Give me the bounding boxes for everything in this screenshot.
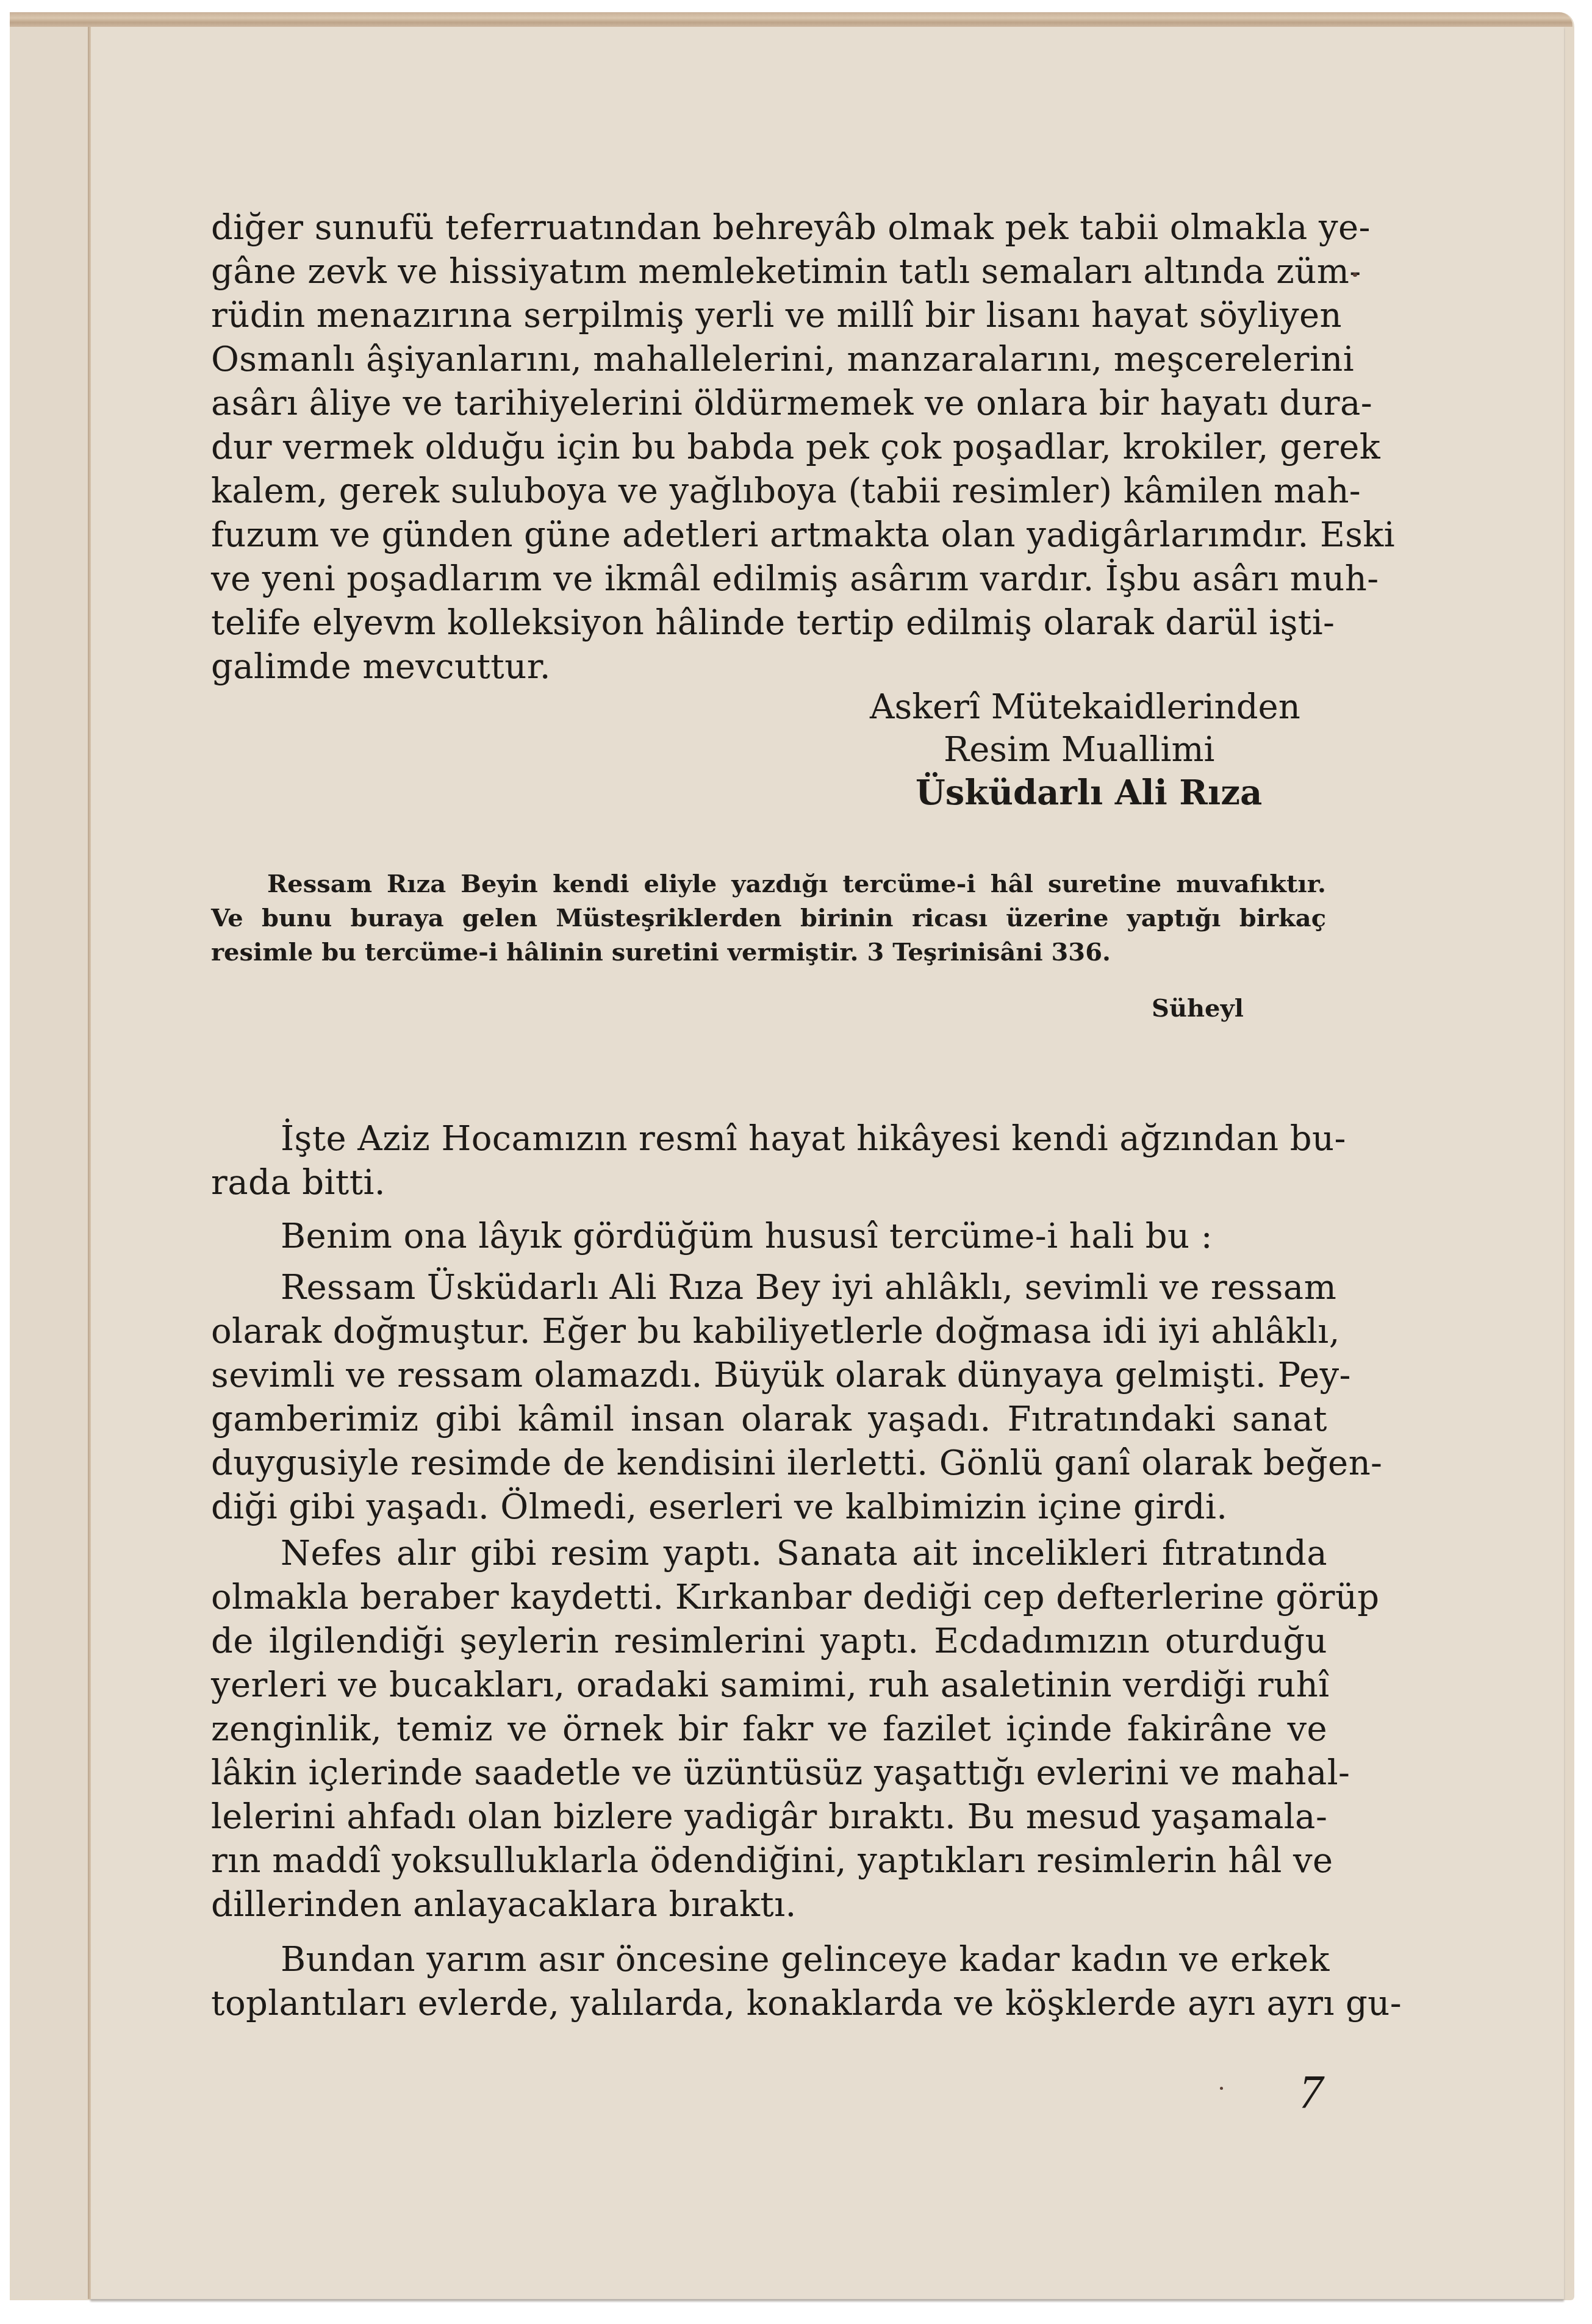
text-line: olarak doğmuştur. Eğer bu kabiliyetlerle…: [211, 1310, 1327, 1354]
text-line: diği gibi yaşadı. Ölmedi, eserleri ve ka…: [211, 1486, 1327, 1529]
text-line: lâkin içlerinde saadetle ve üzüntüsüz ya…: [211, 1751, 1327, 1795]
text-line: rüdin menazırına serpilmiş yerli ve mill…: [211, 294, 1327, 338]
adjacent-page-edge: [11, 26, 89, 2299]
note-signer: Süheyl: [1152, 994, 1244, 1023]
paragraph-nefes: Nefes alır gibi resim yaptı. Sanata ait …: [211, 1532, 1327, 1927]
text-line: Osmanlı âşiyanlarını, mahallelerini, man…: [211, 338, 1327, 382]
text-line: fuzum ve günden güne adetleri artmakta o…: [211, 513, 1327, 557]
text-line: telife elyevm kolleksiyon hâlinde tertip…: [211, 601, 1327, 645]
text-line: olmakla beraber kaydetti. Kırkanbar dedi…: [211, 1576, 1327, 1620]
paragraph-benim: Benim ona lâyık gördüğüm hususî tercüme-…: [211, 1215, 1327, 1259]
text-line: gamberimiz gibi kâmil insan olarak yaşad…: [211, 1398, 1327, 1442]
text-line: zenginlik, temiz ve örnek bir fakr ve fa…: [211, 1707, 1327, 1751]
text-line: İşte Aziz Hocamızın resmî hayat hikâyesi…: [211, 1117, 1327, 1161]
page-gutter: [88, 26, 91, 2299]
text-line: asârı âliye ve tarihiyelerini öldürmemek…: [211, 382, 1327, 426]
text-line: duygusiyle resimde de kendisini ilerlett…: [211, 1442, 1327, 1486]
text-line: Bundan yarım asır öncesine gelinceye kad…: [211, 1938, 1327, 1982]
signature-title: Resim Muallimi: [944, 728, 1214, 772]
signature-rank: Askerî Mütekaidlerinden: [870, 685, 1300, 729]
text-line: Ressam Üsküdarlı Ali Rıza Bey iyi ahlâkl…: [211, 1266, 1327, 1310]
text-line: kalem, gerek suluboya ve yağlıboya (tabi…: [211, 470, 1327, 513]
text-line: toplantıları evlerde, yalılarda, konakla…: [211, 1982, 1327, 2026]
text-line: diğer sunufü teferruatından behreyâb olm…: [211, 206, 1327, 250]
text-line: dillerinden anlayacaklara bıraktı.: [211, 1883, 1327, 1927]
text-line: Benim ona lâyık gördüğüm hususî tercüme-…: [211, 1215, 1327, 1259]
opening-paragraph: diğer sunufü teferruatından behreyâb olm…: [211, 206, 1327, 689]
text-line: dur vermek olduğu için bu babda pek çok …: [211, 426, 1327, 470]
paragraph-ressam: Ressam Üsküdarlı Ali Rıza Bey iyi ahlâkl…: [211, 1266, 1327, 1529]
text-line: sevimli ve ressam olamazdı. Büyük olarak…: [211, 1354, 1327, 1398]
note-line: Ressam Rıza Beyin kendi eliyle yazdığı t…: [211, 867, 1326, 901]
text-line: Nefes alır gibi resim yaptı. Sanata ait …: [211, 1532, 1327, 1576]
note-line: Ve bunu buraya gelen Müsteşriklerden bir…: [211, 901, 1326, 935]
authentication-note: Ressam Rıza Beyin kendi eliyle yazdığı t…: [211, 867, 1326, 970]
text-line: ve yeni poşadlarım ve ikmâl edilmiş asâr…: [211, 557, 1327, 601]
page-top-edge: [10, 12, 1572, 27]
text-line: de ilgilendiği şeylerin resimlerini yapt…: [211, 1620, 1327, 1664]
text-line: lelerini ahfadı olan bizlere yadigâr bır…: [211, 1795, 1327, 1839]
note-line: resimle bu tercüme-i hâlinin suretini ve…: [211, 935, 1326, 970]
page-number: 7: [1299, 2064, 1323, 2119]
signature-name: Üsküdarlı Ali Rıza: [916, 771, 1262, 815]
ink-speck: [1220, 2087, 1223, 2090]
paragraph-iste: İşte Aziz Hocamızın resmî hayat hikâyesi…: [211, 1117, 1327, 1205]
ink-speck: [1353, 273, 1357, 277]
text-line: rada bitti.: [211, 1161, 1327, 1205]
text-line: yerleri ve bucakları, oradaki samimi, ru…: [211, 1664, 1327, 1707]
paragraph-bundan: Bundan yarım asır öncesine gelinceye kad…: [211, 1938, 1327, 2026]
text-line: rın maddî yoksulluklarla ödendiğini, yap…: [211, 1839, 1327, 1883]
text-line: gâne zevk ve hissiyatım memleketimin tat…: [211, 250, 1327, 294]
text-line: galimde mevcuttur.: [211, 645, 1327, 689]
